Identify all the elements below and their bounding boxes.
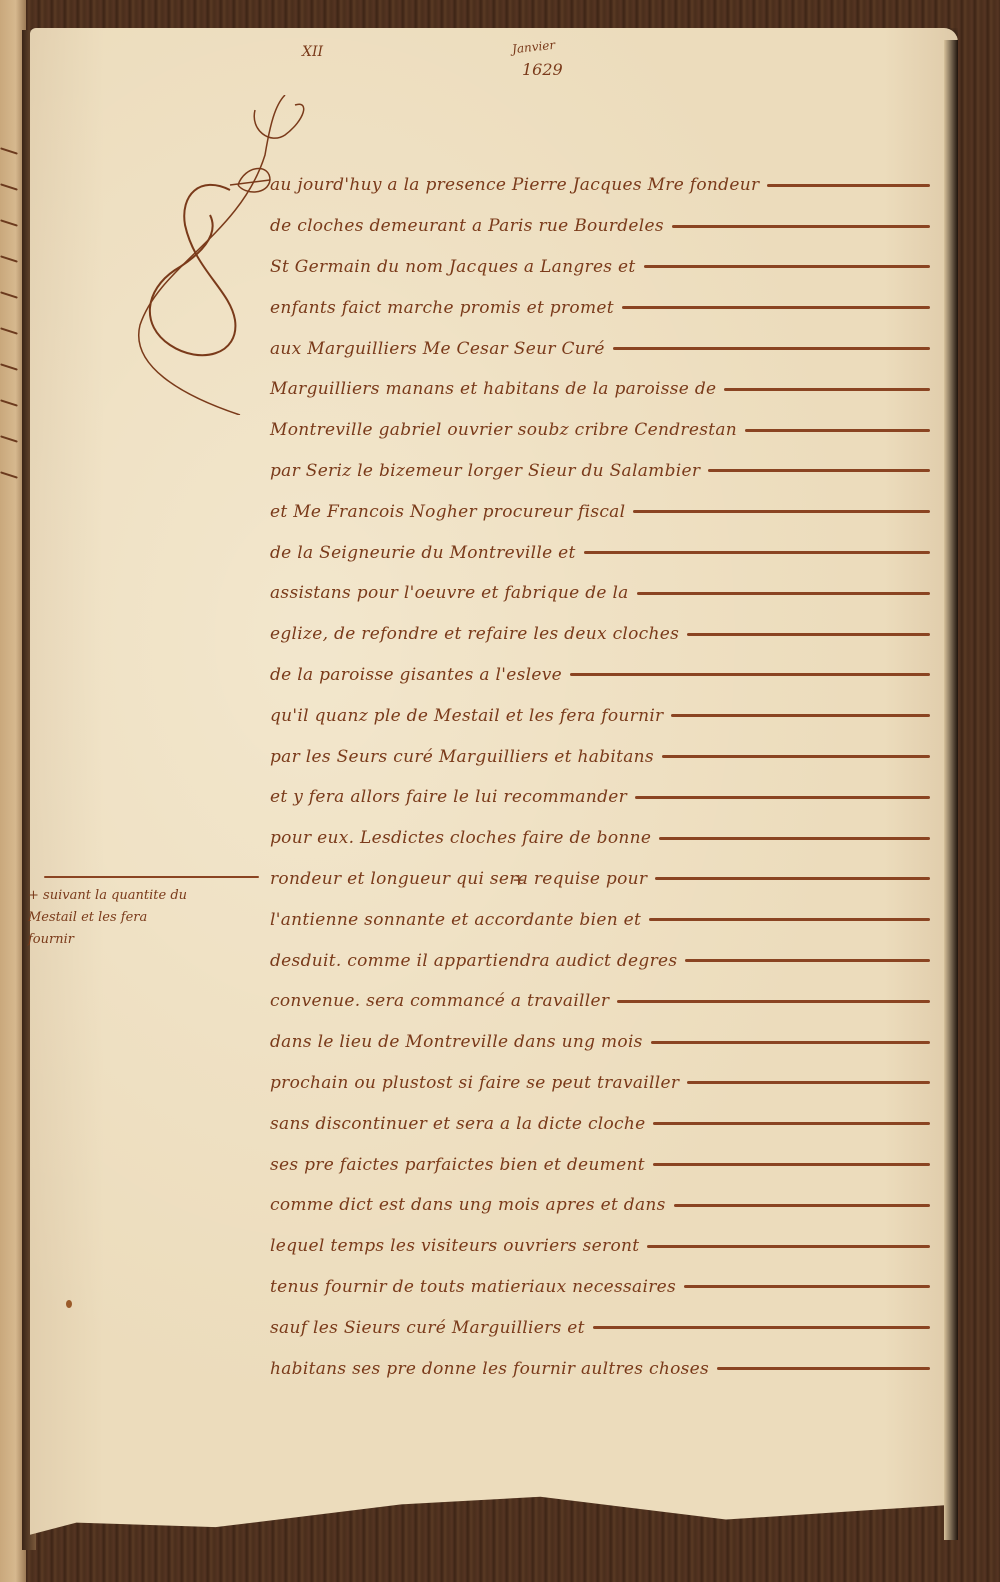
line-filler xyxy=(593,1326,930,1329)
line-filler xyxy=(745,429,930,432)
line-filler xyxy=(622,306,930,309)
text-line: et Me Francois Nogher procureur fiscal xyxy=(270,491,930,532)
text-line: sauf les Sieurs curé Marguilliers et xyxy=(270,1307,930,1348)
text-line: tenus fournir de touts matieriaux necess… xyxy=(270,1267,930,1308)
manuscript-text-body: au jourd'huy a la presence Pierre Jacque… xyxy=(270,165,930,1389)
page-right-edge xyxy=(944,40,958,1540)
text-line: aux Marguilliers Me Cesar Seur Curé xyxy=(270,328,930,369)
text-line: convenue. sera commancé a travailler xyxy=(270,981,930,1022)
line-filler xyxy=(613,347,930,350)
line-filler xyxy=(687,633,930,636)
margin-note-line: fournir xyxy=(28,929,268,951)
text-line: de la paroisse gisantes a l'esleve xyxy=(270,655,930,696)
margin-divider-stroke xyxy=(44,876,259,878)
line-filler xyxy=(653,1122,930,1125)
text-line: Marguilliers manans et habitans de la pa… xyxy=(270,369,930,410)
line-filler xyxy=(767,184,930,187)
line-filler xyxy=(651,1041,930,1044)
text-line: sans discontinuer et sera a la dicte clo… xyxy=(270,1103,930,1144)
line-filler xyxy=(684,1285,930,1288)
line-filler xyxy=(687,1081,930,1084)
text-line: Montreville gabriel ouvrier soubz cribre… xyxy=(270,410,930,451)
text-line: par les Seurs curé Marguilliers et habit… xyxy=(270,736,930,777)
text-line: rondeur et longueur qui sera requise pou… xyxy=(270,859,930,900)
text-line: eglize, de refondre et refaire les deux … xyxy=(270,614,930,655)
margin-note-line: + suivant la quantite du xyxy=(28,885,268,907)
line-filler xyxy=(644,265,930,268)
line-filler xyxy=(584,551,930,554)
text-line: comme dict est dans ung mois apres et da… xyxy=(270,1185,930,1226)
text-line: pour eux. Lesdictes cloches faire de bon… xyxy=(270,818,930,859)
text-line: lequel temps les visiteurs ouvriers sero… xyxy=(270,1226,930,1267)
text-line: St Germain du nom Jacques a Langres et xyxy=(270,247,930,288)
line-filler xyxy=(662,755,930,758)
line-filler xyxy=(671,714,930,717)
text-line: de la Seigneurie du Montreville et xyxy=(270,532,930,573)
text-line: par Seriz le bizemeur lorger Sieur du Sa… xyxy=(270,451,930,492)
folio-number: XII xyxy=(302,44,323,60)
line-filler xyxy=(674,1204,930,1207)
line-filler xyxy=(724,388,930,391)
insertion-mark: + xyxy=(512,870,525,889)
text-line: au jourd'huy a la presence Pierre Jacque… xyxy=(270,165,930,206)
text-line: dans le lieu de Montreville dans ung moi… xyxy=(270,1022,930,1063)
line-filler xyxy=(649,918,930,921)
line-filler xyxy=(570,673,930,676)
text-line: enfants faict marche promis et promet xyxy=(270,287,930,328)
line-filler xyxy=(659,837,930,840)
line-filler xyxy=(685,959,930,962)
line-filler xyxy=(672,225,930,228)
line-filler xyxy=(637,592,930,595)
line-filler xyxy=(653,1163,930,1166)
text-line: qu'il quanz ple de Mestail et les fera f… xyxy=(270,695,930,736)
text-line: l'antienne sonnante et accordante bien e… xyxy=(270,899,930,940)
text-line: assistans pour l'oeuvre et fabrique de l… xyxy=(270,573,930,614)
text-line: prochain ou plustost si faire se peut tr… xyxy=(270,1063,930,1104)
text-line: habitans ses pre donne les fournir aultr… xyxy=(270,1348,930,1389)
ink-spot xyxy=(66,1300,72,1308)
line-filler xyxy=(635,796,930,799)
line-filler xyxy=(617,1000,930,1003)
margin-annotation: + suivant la quantite du Mestail et les … xyxy=(28,885,268,951)
date-year: 1629 xyxy=(522,60,563,79)
line-filler xyxy=(633,510,930,513)
line-filler xyxy=(708,469,930,472)
line-filler xyxy=(717,1367,930,1370)
text-line: desduit. comme il appartiendra audict de… xyxy=(270,940,930,981)
text-line: ses pre faictes parfaictes bien et deume… xyxy=(270,1144,930,1185)
text-line: de cloches demeurant a Paris rue Bourdel… xyxy=(270,206,930,247)
text-line: et y fera allors faire le lui recommande… xyxy=(270,777,930,818)
line-filler xyxy=(647,1245,930,1248)
line-filler xyxy=(655,877,930,880)
margin-note-line: Mestail et les fera xyxy=(28,907,268,929)
